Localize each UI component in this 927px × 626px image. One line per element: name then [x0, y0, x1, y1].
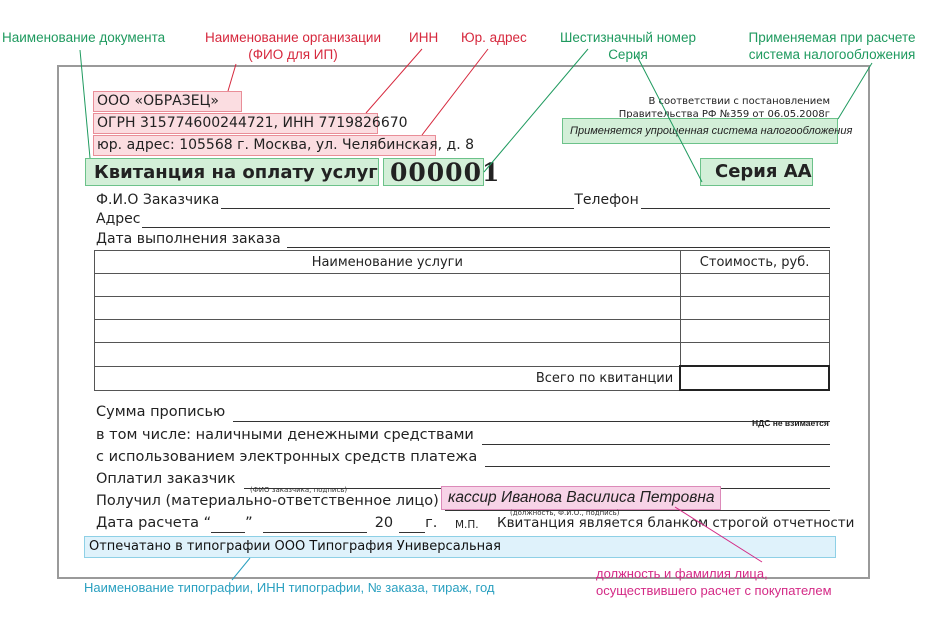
annotation-series: Серия	[548, 46, 708, 63]
payment-year-suffix: г.	[425, 514, 437, 533]
payment-year-input[interactable]	[399, 519, 425, 533]
cash-input[interactable]	[482, 431, 830, 445]
document-title-box: Квитанция на оплату услуг №	[85, 158, 379, 186]
payment-date-quote-close: ”	[245, 514, 253, 533]
customer-name-input[interactable]	[221, 195, 574, 209]
annotation-document-name: Наименование документа	[2, 29, 165, 46]
annotation-tax-system: Применяемая при расчете система налогооб…	[737, 29, 927, 63]
table-row	[95, 320, 830, 343]
received-by-label: Получил (материально-ответственное лицо)	[96, 492, 439, 511]
address-label: Адрес	[96, 210, 140, 228]
phone-label: Телефон	[574, 191, 638, 209]
table-header-row: Наименование услуги Стоимость, руб.	[95, 251, 830, 274]
electronic-input[interactable]	[485, 453, 830, 467]
cash-label: в том числе: наличными денежными средств…	[96, 426, 474, 445]
annotation-organization-name: Наименование организации (ФИО для ИП)	[193, 29, 393, 63]
cost-cell[interactable]	[680, 343, 829, 367]
payment-year-prefix: 20	[375, 514, 393, 533]
annotation-organization-name-line1: Наименование организации	[193, 29, 393, 46]
payment-date-row: Дата расчета “ ” 20 г.	[96, 514, 437, 533]
annotation-tax-system-line1: Применяемая при расчете	[737, 29, 927, 46]
tax-system-box: Применяется упрощенная система налогообл…	[562, 118, 838, 144]
total-value-cell[interactable]	[680, 366, 829, 390]
electronic-row: с использованием электронных средств пла…	[96, 448, 830, 467]
payment-date-label: Дата расчета “	[96, 514, 211, 533]
header-cost: Стоимость, руб.	[680, 251, 829, 274]
service-name-cell[interactable]	[95, 320, 681, 343]
annotation-six-digit-line1: Шестизначный номер	[548, 29, 708, 46]
cost-cell[interactable]	[680, 297, 829, 320]
annotation-cashier: должность и фамилия лица, осуществившего…	[596, 565, 832, 599]
table-total-row: Всего по квитанции	[95, 366, 830, 390]
services-table: Наименование услуги Стоимость, руб. Всег…	[94, 250, 830, 391]
cash-row: в том числе: наличными денежными средств…	[96, 426, 830, 445]
annotation-legal-address: Юр. адрес	[461, 29, 527, 46]
total-label: Всего по квитанции	[95, 366, 681, 390]
cashier-box: кассир Иванова Василиса Петровна	[441, 486, 721, 510]
annotation-organization-name-line2: (ФИО для ИП)	[193, 46, 393, 63]
completion-date-input[interactable]	[287, 234, 830, 248]
amount-in-words-label: Сумма прописью	[96, 403, 225, 422]
decree-line1: В соответствии с постановлением	[560, 95, 830, 108]
stamp-place: М.П.	[455, 519, 479, 531]
header-service-name: Наименование услуги	[95, 251, 681, 274]
customer-name-label: Ф.И.О Заказчика	[96, 191, 219, 209]
paid-by-label: Оплатил заказчик	[96, 470, 236, 489]
annotation-six-digit-number: Шестизначный номер Серия	[548, 29, 708, 63]
legal-address-box: юр. адрес: 105568 г. Москва, ул. Челябин…	[93, 135, 436, 156]
table-row	[95, 297, 830, 320]
table-row	[95, 343, 830, 367]
cost-cell[interactable]	[680, 320, 829, 343]
payment-month-input[interactable]	[263, 519, 367, 533]
phone-input[interactable]	[641, 195, 830, 209]
annotation-cashier-line2: осуществившего расчет с покупателем	[596, 582, 832, 599]
service-name-cell[interactable]	[95, 297, 681, 320]
completion-date-label: Дата выполнения заказа	[96, 230, 281, 248]
annotation-inn: ИНН	[409, 29, 438, 46]
printing-house-box: Отпечатано в типографии ООО Типография У…	[84, 536, 836, 558]
amount-in-words-input[interactable]	[233, 408, 830, 422]
annotation-cashier-line1: должность и фамилия лица,	[596, 565, 832, 582]
cost-cell[interactable]	[680, 274, 829, 297]
service-name-cell[interactable]	[95, 274, 681, 297]
amount-in-words-row: Сумма прописью	[96, 403, 830, 422]
receipt-number-box: 000001	[383, 158, 484, 186]
strict-form-note: Квитанция является бланком строгой отчет…	[497, 515, 854, 531]
customer-fields-row: Ф.И.О Заказчика Телефон	[96, 191, 830, 209]
completion-date-row: Дата выполнения заказа	[96, 230, 830, 248]
annotation-printing-house: Наименование типографии, ИНН типографии,…	[84, 579, 495, 596]
address-row: Адрес	[96, 210, 830, 228]
table-row	[95, 274, 830, 297]
payment-day-input[interactable]	[211, 519, 245, 533]
service-name-cell[interactable]	[95, 343, 681, 367]
series-box: Серия АА	[700, 158, 813, 186]
electronic-label: с использованием электронных средств пла…	[96, 448, 477, 467]
annotation-tax-system-line2: система налогообложения	[737, 46, 927, 63]
ogrn-inn-box: ОГРН 315774600244721, ИНН 7719826670	[93, 113, 378, 134]
organization-name-box: ООО «ОБРАЗЕЦ»	[93, 91, 242, 112]
address-input[interactable]	[142, 214, 830, 228]
